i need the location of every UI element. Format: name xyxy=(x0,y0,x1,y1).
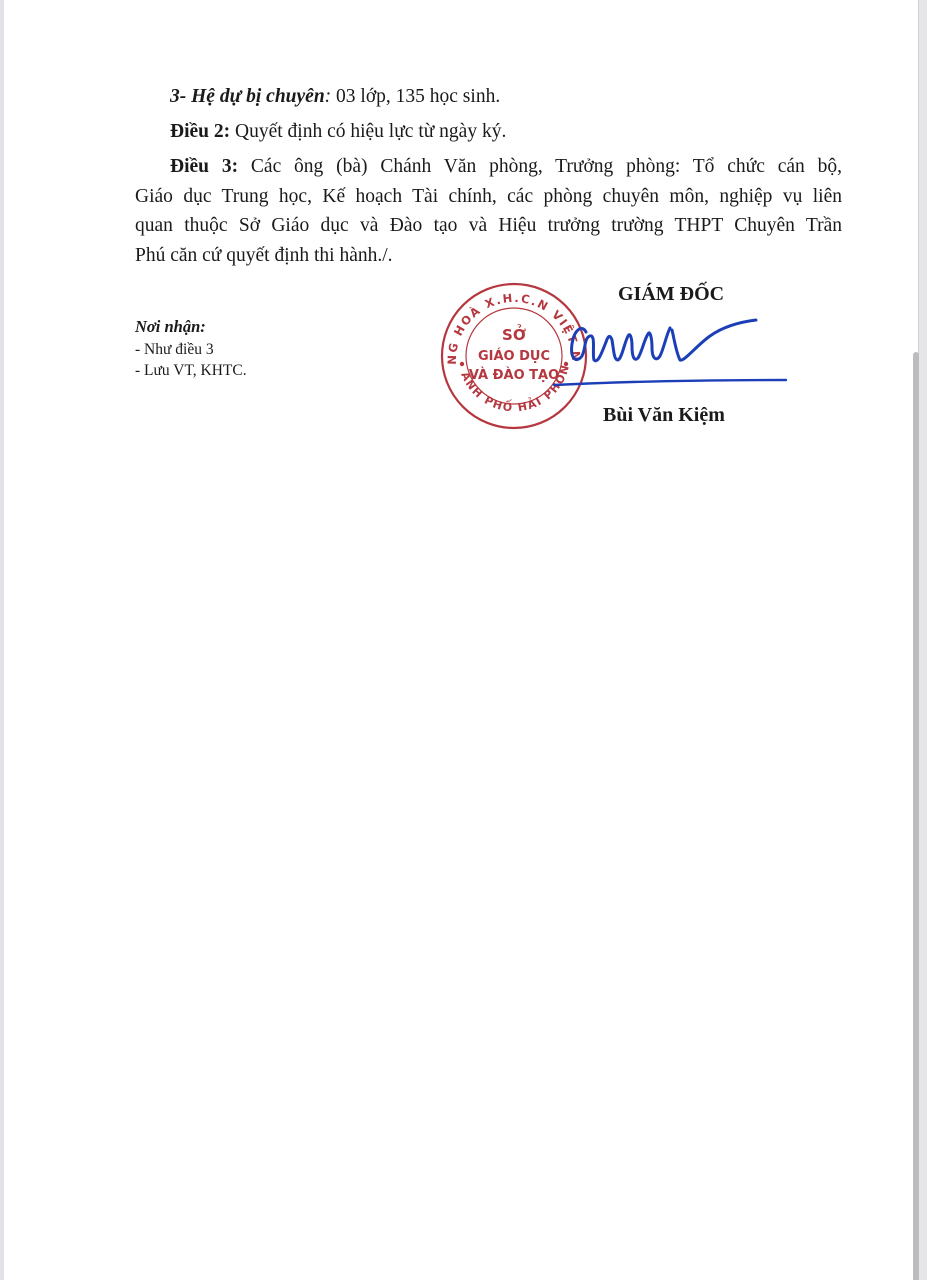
recipients-title: Nơi nhận: xyxy=(135,317,206,337)
recipient-item: - Như điều 3 xyxy=(135,341,214,359)
handwritten-signature-icon xyxy=(524,300,804,400)
article-3-text-1: Các ông (bà) Chánh Văn phòng, Trưởng phò… xyxy=(238,156,842,177)
article-2-label: Điều 2: xyxy=(170,121,230,142)
article-3-line-1: Điều 3: Các ông (bà) Chánh Văn phòng, Tr… xyxy=(170,157,842,177)
signer-name: Bùi Văn Kiệm xyxy=(603,404,725,427)
scrollbar-track[interactable] xyxy=(918,0,927,1280)
document-page: 3- Hệ dự bị chuyên: 03 lớp, 135 học sinh… xyxy=(4,0,917,1280)
article-3-line-4: Phú căn cứ quyết định thi hành./. xyxy=(135,246,393,266)
item-3-label: 3- Hệ dự bị chuyên xyxy=(170,86,325,107)
item-3-line: 3- Hệ dự bị chuyên: 03 lớp, 135 học sinh… xyxy=(170,87,500,107)
article-3-label: Điều 3: xyxy=(170,156,238,177)
article-3-line-2: Giáo dục Trung học, Kế hoạch Tài chính, … xyxy=(135,187,842,207)
article-2-line: Điều 2: Quyết định có hiệu lực từ ngày k… xyxy=(170,122,506,142)
article-2-text: Quyết định có hiệu lực từ ngày ký. xyxy=(230,121,506,142)
recipient-item: - Lưu VT, KHTC. xyxy=(135,362,247,380)
article-3-line-3: quan thuộc Sở Giáo dục và Đào tạo và Hiệ… xyxy=(135,216,842,236)
scrollbar-thumb[interactable] xyxy=(913,352,919,1280)
item-3-text: 03 lớp, 135 học sinh. xyxy=(331,86,500,107)
svg-text:SỞ: SỞ xyxy=(502,323,526,344)
document-viewer: 3- Hệ dự bị chuyên: 03 lớp, 135 học sinh… xyxy=(0,0,927,1280)
